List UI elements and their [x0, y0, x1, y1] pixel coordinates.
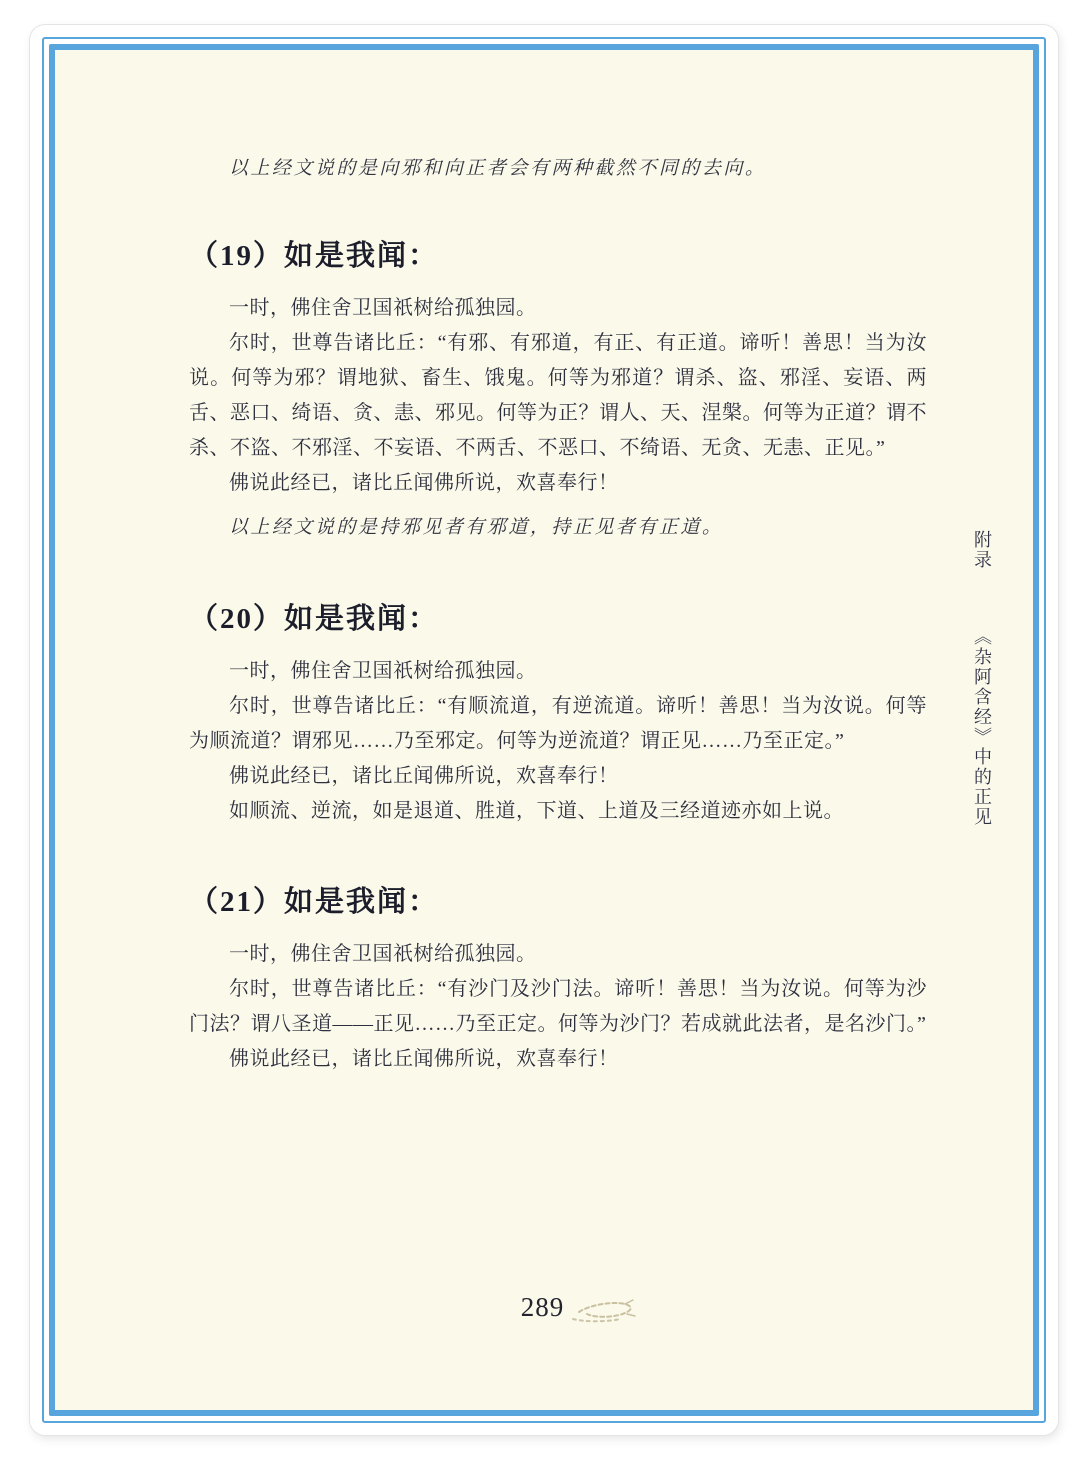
page-content: 以上经文说的是向邪和向正者会有两种截然不同的去向。 （19）如是我闻： 一时，佛…: [55, 50, 1033, 1410]
margin-caption-book-title: 《杂阿含经》中的正见: [972, 627, 992, 827]
main-text-column: 以上经文说的是向邪和向正者会有两种截然不同的去向。 （19）如是我闻： 一时，佛…: [55, 50, 927, 1077]
page-number: 289: [521, 1292, 565, 1322]
section-21-heading: （21）如是我闻：: [189, 881, 927, 923]
section-19-paragraph-2: 尔时，世尊告诸比丘：“有邪、有邪道，有正、有正道。谛听！善思！当为汝说。何等为邪…: [189, 326, 927, 466]
inner-border-frame: 以上经文说的是向邪和向正者会有两种截然不同的去向。 （19）如是我闻： 一时，佛…: [49, 44, 1039, 1416]
section-20-paragraph-1: 一时，佛住舍卫国祇树给孤独园。: [189, 654, 927, 689]
outer-border-frame: 以上经文说的是向邪和向正者会有两种截然不同的去向。 （19）如是我闻： 一时，佛…: [42, 37, 1046, 1423]
page-card: 以上经文说的是向邪和向正者会有两种截然不同的去向。 （19）如是我闻： 一时，佛…: [30, 25, 1058, 1435]
section-21-paragraph-3: 佛说此经已，诸比丘闻佛所说，欢喜奉行！: [189, 1042, 927, 1077]
page-flourish-icon: [569, 1292, 639, 1324]
section-19-heading: （19）如是我闻：: [189, 235, 927, 277]
section-20-heading: （20）如是我闻：: [189, 598, 927, 640]
section-19-paragraph-3: 佛说此经已，诸比丘闻佛所说，欢喜奉行！: [189, 466, 927, 501]
page-footer: 289: [55, 1292, 1033, 1322]
book-page-scan: 以上经文说的是向邪和向正者会有两种截然不同的去向。 （19）如是我闻： 一时，佛…: [0, 0, 1088, 1464]
section-19-commentary: 以上经文说的是持邪见者有邪道，持正见者有正道。: [189, 511, 927, 544]
section-21-paragraph-2: 尔时，世尊告诸比丘：“有沙门及沙门法。谛听！善思！当为汝说。何等为沙门法？谓八圣…: [189, 972, 927, 1042]
section-20-paragraph-2: 尔时，世尊告诸比丘：“有顺流道，有逆流道。谛听！善思！当为汝说。何等为顺流道？谓…: [189, 689, 927, 759]
section-19-paragraph-1: 一时，佛住舍卫国祇树给孤独园。: [189, 291, 927, 326]
section-20-paragraph-4: 如顺流、逆流，如是退道、胜道，下道、上道及三经道迹亦如上说。: [189, 794, 927, 829]
margin-caption: 附录 《杂阿含经》中的正见: [971, 530, 993, 827]
section-20-paragraph-3: 佛说此经已，诸比丘闻佛所说，欢喜奉行！: [189, 759, 927, 794]
section-21-paragraph-1: 一时，佛住舍卫国祇树给孤独园。: [189, 937, 927, 972]
intro-commentary: 以上经文说的是向邪和向正者会有两种截然不同的去向。: [189, 152, 927, 185]
margin-caption-appendix-label: 附录: [972, 530, 992, 570]
